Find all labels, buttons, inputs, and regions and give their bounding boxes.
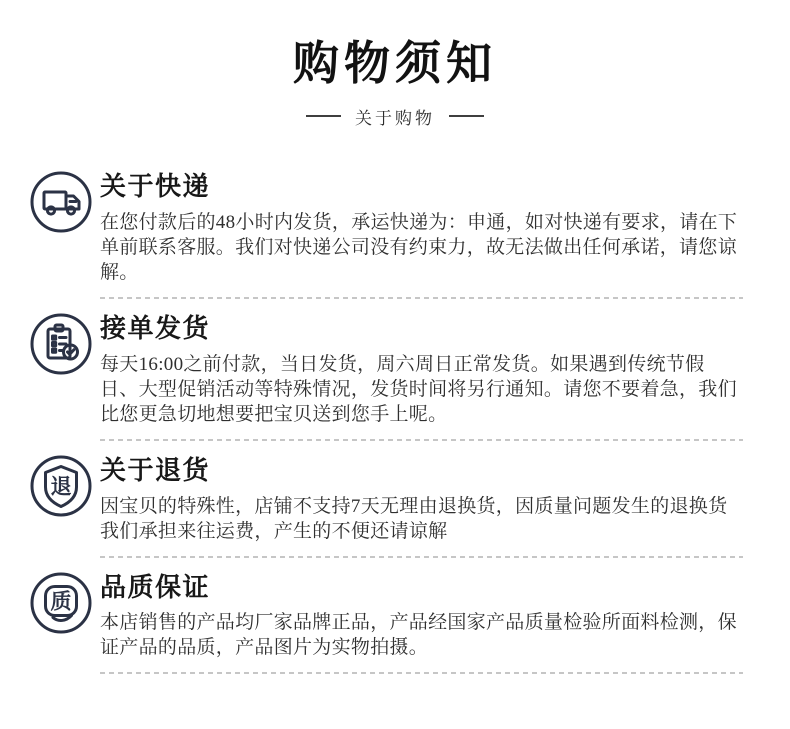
section-divider <box>100 439 743 441</box>
return-glyph: 退 <box>51 474 72 498</box>
quality-badge-icon: 质 <box>29 571 93 635</box>
section-quality-content: 品质保证 本店销售的产品均厂家品牌正品，产品经国家产品质量检验所面料检测，保证产… <box>100 571 743 675</box>
quality-glyph: 质 <box>51 589 72 613</box>
section-quality-body: 本店销售的产品均厂家品牌正品，产品经国家产品质量检验所面料检测，保证产品的品质，… <box>100 610 743 660</box>
section-shipping: 关于快递 在您付款后的48小时内发货，承运快递为：申通，如对快递有要求，请在下单… <box>29 170 743 299</box>
delivery-truck-icon <box>29 170 93 234</box>
section-dispatch-heading: 接单发货 <box>100 314 743 344</box>
shopping-notice-page: 购物须知 关于购物 关于快递 在您付款后的48小时内发货，承运 <box>0 0 790 729</box>
section-dispatch-body: 每天16:00之前付款，当日发货，周六周日正常发货。如果遇到传统节假日、大型促销… <box>100 352 743 427</box>
section-dispatch: 接单发货 每天16:00之前付款，当日发货，周六周日正常发货。如果遇到传统节假日… <box>29 312 743 441</box>
clipboard-check-icon <box>29 312 93 376</box>
page-header: 购物须知 关于购物 <box>0 0 790 129</box>
section-quality: 质 品质保证 本店销售的产品均厂家品牌正品，产品经国家产品质量检验所面料检测，保… <box>29 571 743 675</box>
subtitle-dash-left <box>306 115 341 117</box>
section-shipping-content: 关于快递 在您付款后的48小时内发货，承运快递为：申通，如对快递有要求，请在下单… <box>100 170 743 299</box>
page-title: 购物须知 <box>0 38 790 91</box>
section-returns-content: 关于退货 因宝贝的特殊性，店铺不支持7天无理由退换货，因质量问题发生的退换货我们… <box>100 454 743 558</box>
notice-sections: 关于快递 在您付款后的48小时内发货，承运快递为：申通，如对快递有要求，请在下单… <box>0 170 790 675</box>
section-returns-heading: 关于退货 <box>100 456 743 486</box>
subtitle-text: 关于购物 <box>355 104 435 129</box>
section-returns-body: 因宝贝的特殊性，店铺不支持7天无理由退换货，因质量问题发生的退换货我们承担来往运… <box>100 494 743 544</box>
section-divider <box>100 556 743 558</box>
section-divider <box>100 672 743 674</box>
section-divider <box>100 297 743 299</box>
section-quality-heading: 品质保证 <box>100 573 743 603</box>
section-returns: 退 关于退货 因宝贝的特殊性，店铺不支持7天无理由退换货，因质量问题发生的退换货… <box>29 454 743 558</box>
section-shipping-heading: 关于快递 <box>100 172 743 202</box>
subtitle-dash-right <box>449 115 484 117</box>
section-shipping-body: 在您付款后的48小时内发货，承运快递为：申通，如对快递有要求，请在下单前联系客服… <box>100 210 743 285</box>
section-dispatch-content: 接单发货 每天16:00之前付款，当日发货，周六周日正常发货。如果遇到传统节假日… <box>100 312 743 441</box>
subtitle: 关于购物 <box>0 104 790 129</box>
return-shield-icon: 退 <box>29 454 93 518</box>
